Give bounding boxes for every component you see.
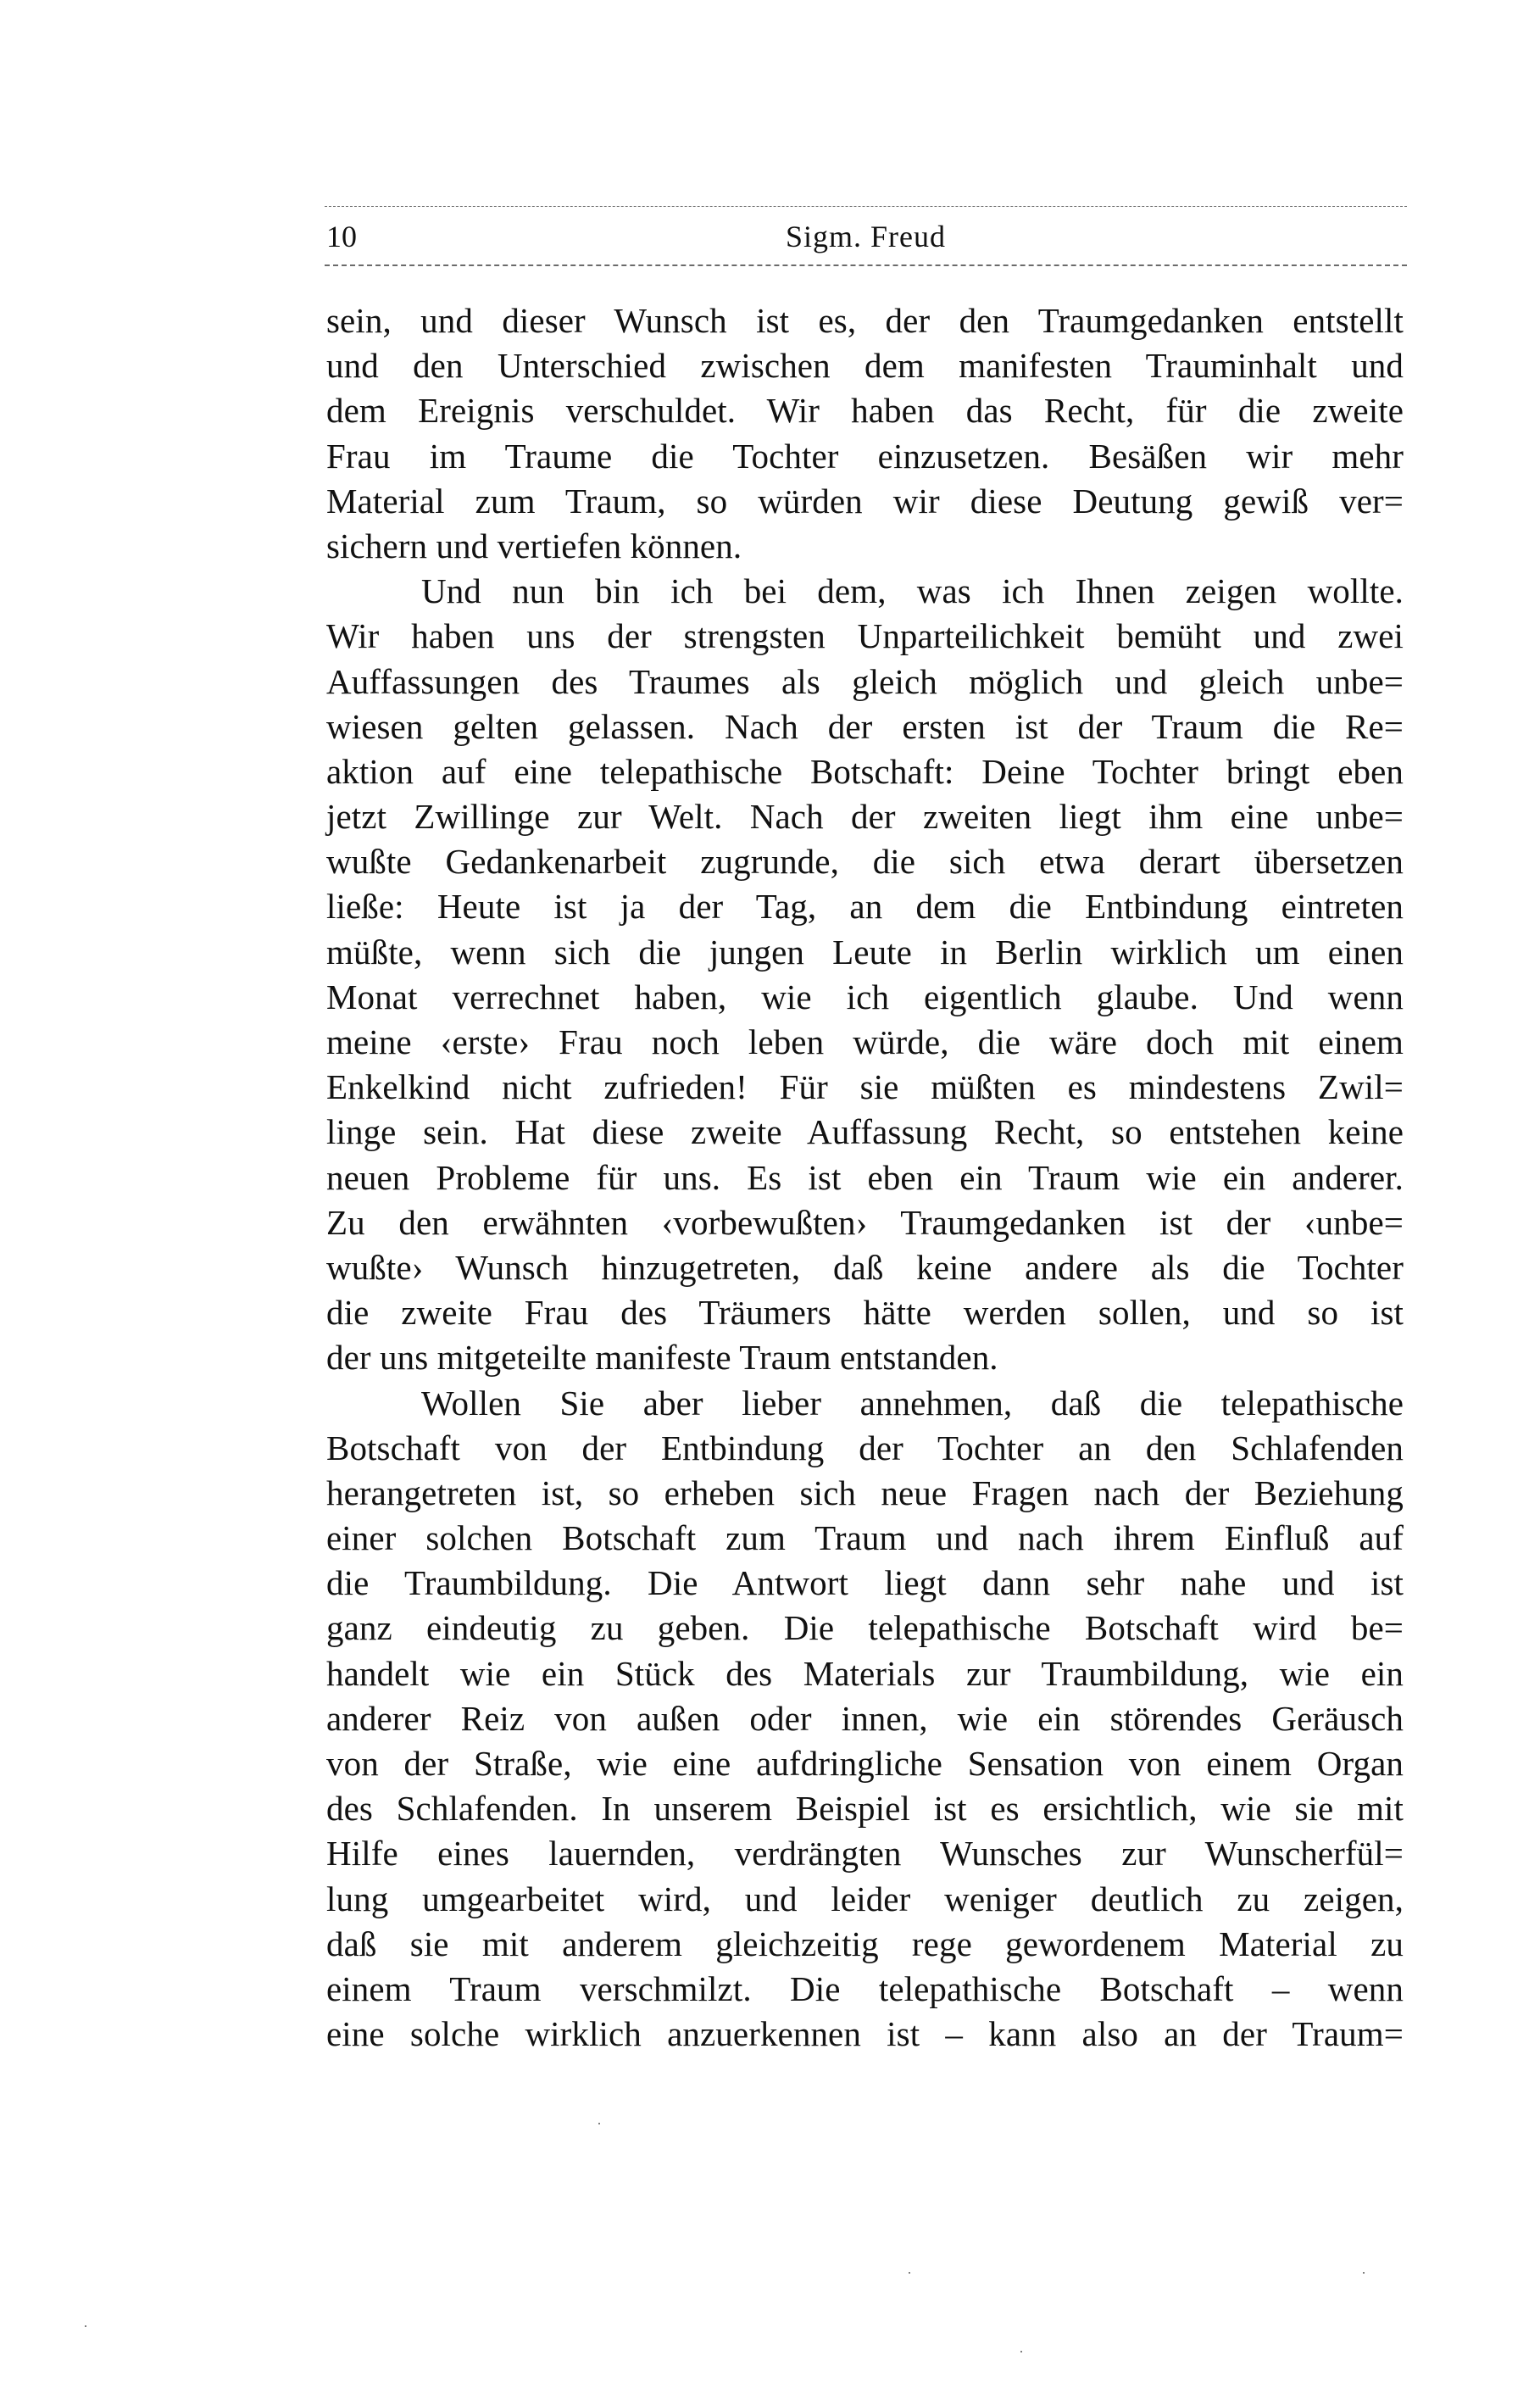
text-line: daß sie mit anderem gleichzeitig rege ge… <box>326 1922 1404 1967</box>
text-line: Zu den erwähnten ‹vorbewußten› Traumgeda… <box>326 1200 1404 1245</box>
text-line: herangetreten ist, so erheben sich neue … <box>326 1471 1404 1516</box>
text-line: die zweite Frau des Träumers hätte werde… <box>326 1290 1404 1335</box>
text-line: Material zum Traum, so würden wir diese … <box>326 479 1404 524</box>
text-line: eine solche wirklich anzuerkennen ist – … <box>326 2012 1404 2057</box>
text-line: anderer Reiz von außen oder innen, wie e… <box>326 1696 1404 1741</box>
text-line: jetzt Zwillinge zur Welt. Nach der zweit… <box>326 794 1404 839</box>
body-text: sein, und dieser Wunsch ist es, der den … <box>326 298 1404 2057</box>
text-line: Botschaft von der Entbindung der Tochter… <box>326 1426 1404 1471</box>
text-line: wußte Gedankenarbeit zugrunde, die sich … <box>326 839 1404 884</box>
running-title: Sigm. Freud <box>325 215 1407 258</box>
book-page: 10 Sigm. Freud sein, und dieser Wunsch i… <box>0 0 1540 2383</box>
running-header: 10 Sigm. Freud <box>325 215 1407 258</box>
text-line: sichern und vertiefen können. <box>326 524 1404 569</box>
text-line-paragraph-start: Wollen Sie aber lieber annehmen, daß die… <box>326 1381 1404 1426</box>
text-line: von der Straße, wie eine aufdringliche S… <box>326 1741 1404 1786</box>
text-line: ganz eindeutig zu geben. Die telepathisc… <box>326 1606 1404 1651</box>
text-line: wußte› Wunsch hinzugetreten, daß keine a… <box>326 1245 1404 1290</box>
text-line: einer solchen Botschaft zum Traum und na… <box>326 1516 1404 1561</box>
text-line: Frau im Traume die Tochter einzusetzen. … <box>326 434 1404 479</box>
text-line: Wir haben uns der strengsten Unparteilic… <box>326 614 1404 659</box>
text-line: lung umgearbeitet wird, und leider wenig… <box>326 1877 1404 1922</box>
scan-speck <box>598 2123 600 2124</box>
header-bottom-rule <box>325 264 1407 266</box>
text-line: wiesen gelten gelassen. Nach der ersten … <box>326 704 1404 749</box>
text-line: der uns mitgeteilte manifeste Traum ents… <box>326 1335 1404 1380</box>
text-line: meine ‹erste› Frau noch leben würde, die… <box>326 1020 1404 1065</box>
text-line: Auffassungen des Traumes als gleich mögl… <box>326 660 1404 704</box>
scan-speck <box>909 2272 910 2274</box>
text-line: Hilfe eines lauernden, verdrängten Wunsc… <box>326 1831 1404 1876</box>
text-line: ließe: Heute ist ja der Tag, an dem die … <box>326 884 1404 929</box>
header-top-rule <box>325 206 1407 207</box>
scan-speck <box>85 2325 86 2327</box>
text-line-paragraph-start: Und nun bin ich bei dem, was ich Ihnen z… <box>326 569 1404 614</box>
text-line: dem Ereignis verschuldet. Wir haben das … <box>326 388 1404 433</box>
text-line: des Schlafenden. In unserem Beispiel ist… <box>326 1786 1404 1831</box>
text-line: einem Traum verschmilzt. Die telepathisc… <box>326 1967 1404 2012</box>
text-line: neuen Probleme für uns. Es ist eben ein … <box>326 1155 1404 1200</box>
text-line: und den Unterschied zwischen dem manifes… <box>326 343 1404 388</box>
text-line: müßte, wenn sich die jungen Leute in Ber… <box>326 930 1404 975</box>
text-line: sein, und dieser Wunsch ist es, der den … <box>326 298 1404 343</box>
text-line: handelt wie ein Stück des Materials zur … <box>326 1651 1404 1696</box>
text-line: linge sein. Hat diese zweite Auffassung … <box>326 1110 1404 1155</box>
scan-speck <box>1020 2351 1022 2352</box>
text-line: Monat verrechnet haben, wie ich eigentli… <box>326 975 1404 1020</box>
text-line: aktion auf eine telepathische Botschaft:… <box>326 749 1404 794</box>
text-line: Enkelkind nicht zufrieden! Für sie müßte… <box>326 1065 1404 1110</box>
text-line: die Traumbildung. Die Antwort liegt dann… <box>326 1561 1404 1606</box>
scan-speck <box>1363 2272 1365 2274</box>
